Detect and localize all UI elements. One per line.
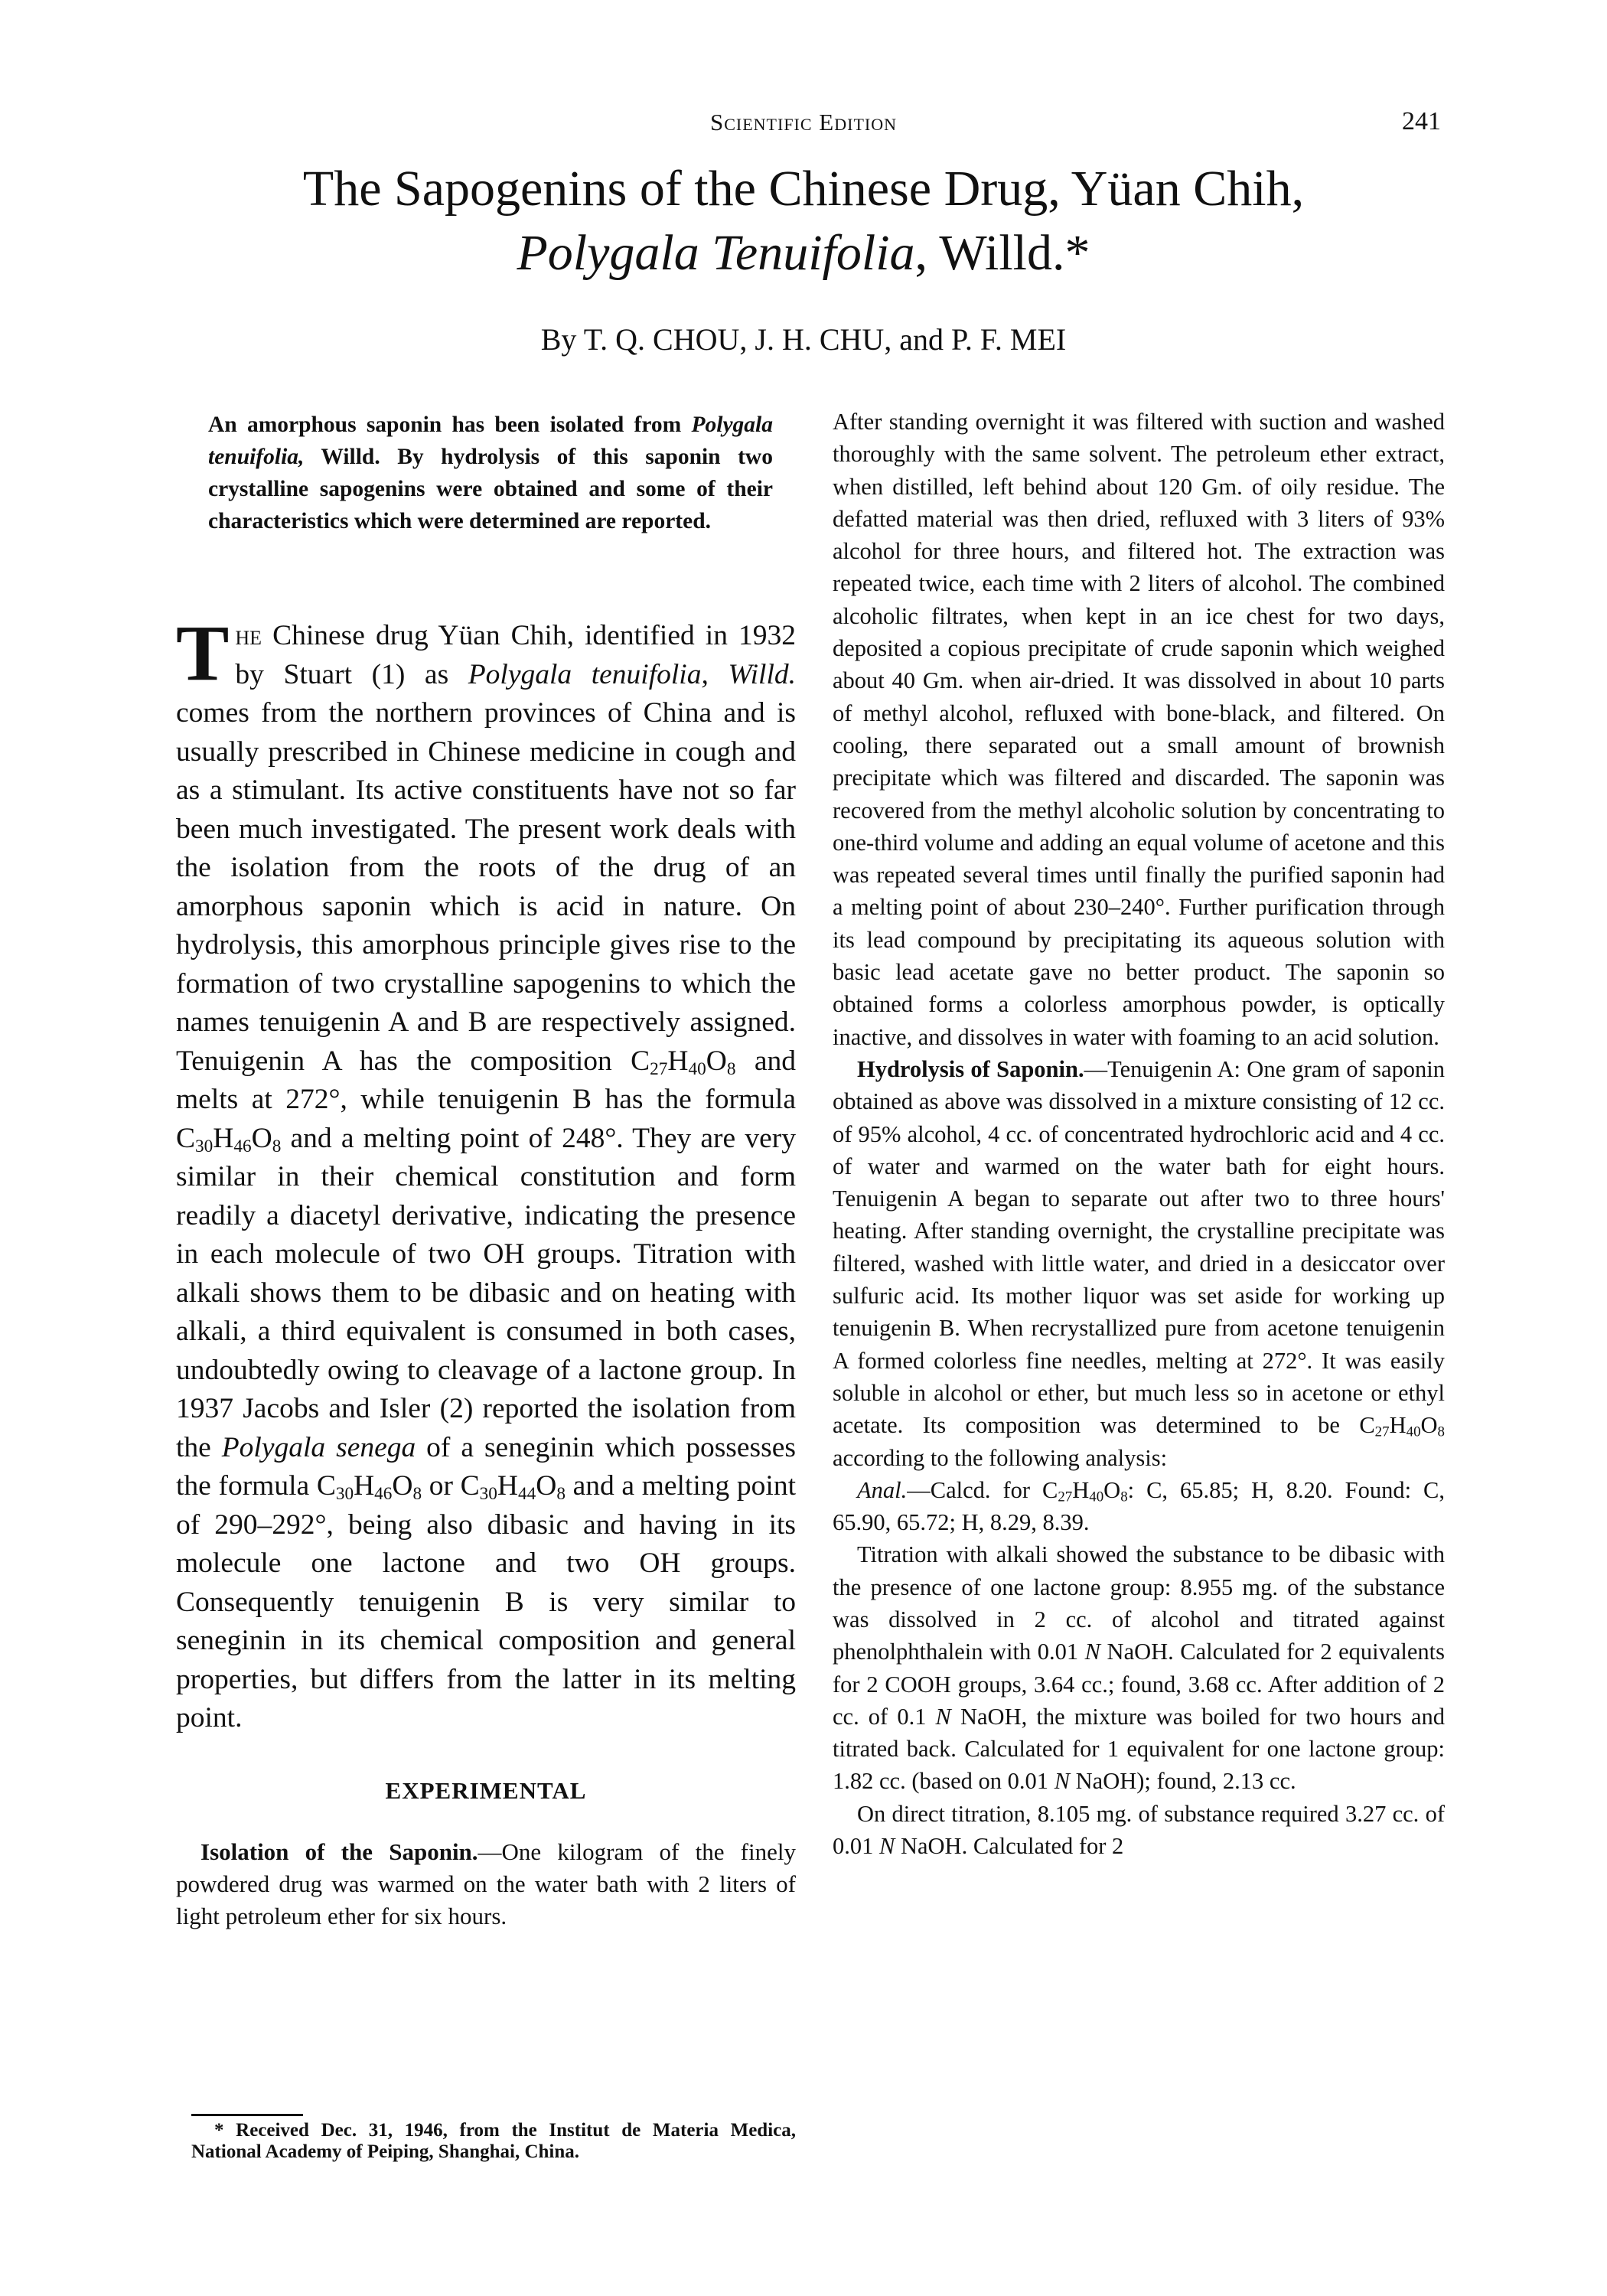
intro-text: and a melting point of 248°. They are ve… bbox=[176, 1123, 796, 1463]
hydrolysis-run-in-heading: Hydrolysis of Saponin. bbox=[857, 1056, 1084, 1082]
footnote: * Received Dec. 31, 1946, from the Insti… bbox=[191, 2120, 796, 2163]
formula-seneginin-2: C30H44O8 bbox=[461, 1470, 566, 1502]
isolation-paragraph: Isolation of the Saponin.—One kilogram o… bbox=[176, 1836, 796, 1932]
analysis-text: —Calcd. for bbox=[907, 1477, 1042, 1503]
abstract-text: An amorphous saponin has been isolated f… bbox=[208, 413, 691, 437]
authors: By T. Q. CHOU, J. H. CHU, and P. F. MEI bbox=[0, 321, 1607, 357]
formula-seneginin-1: C30H46O8 bbox=[317, 1470, 422, 1502]
intro-text: and a melting point of 290–292°, being a… bbox=[176, 1470, 796, 1733]
titration-paragraph: Titration with alkali showed the substan… bbox=[833, 1538, 1445, 1797]
isolation-continued-paragraph: After standing overnight it was filtered… bbox=[833, 406, 1445, 1053]
isolation-run-in-heading: Isolation of the Saponin. bbox=[200, 1838, 478, 1865]
intro-species: Polygala tenuifolia, Willd. bbox=[468, 659, 796, 690]
hydrolysis-paragraph: Hydrolysis of Saponin.—Tenuigenin A: One… bbox=[833, 1053, 1445, 1474]
article-title: The Sapogenins of the Chinese Drug, Yüan… bbox=[0, 157, 1607, 285]
formula-composition: C27H40O8 bbox=[1359, 1412, 1445, 1438]
analysis-label: Anal. bbox=[857, 1477, 907, 1503]
intro-paragraph: The Chinese drug Yüan Chih, identified i… bbox=[176, 617, 796, 1738]
intro-smallcaps: he bbox=[235, 620, 262, 651]
formula-tenuigenin-a: C27H40O8 bbox=[631, 1045, 735, 1077]
formula-analysis: C27H40O8 bbox=[1042, 1477, 1128, 1503]
intro-text: comes from the northern provinces of Chi… bbox=[176, 697, 796, 1077]
intro-species-senega: Polygala senega bbox=[222, 1432, 416, 1463]
title-line-2-rest: , Willd.* bbox=[915, 225, 1090, 281]
drop-cap: T bbox=[176, 621, 229, 686]
intro-text: or bbox=[422, 1470, 461, 1502]
abstract: An amorphous saponin has been isolated f… bbox=[208, 409, 773, 537]
left-column: The Chinese drug Yüan Chih, identified i… bbox=[176, 617, 796, 1932]
running-head: Scientific Edition bbox=[0, 109, 1607, 136]
hydrolysis-text: according to the following analysis: bbox=[833, 1445, 1167, 1471]
footnote-text: * Received Dec. 31, 1946, from the Insti… bbox=[191, 2120, 796, 2163]
hydrolysis-text: —Tenuigenin A: One gram of saponin obtai… bbox=[833, 1056, 1445, 1438]
title-line-1: The Sapogenins of the Chinese Drug, Yüan… bbox=[0, 157, 1607, 221]
right-column: After standing overnight it was filtered… bbox=[833, 406, 1445, 1862]
title-species-italic: Polygala Tenuifolia bbox=[517, 225, 914, 281]
title-line-2: Polygala Tenuifolia, Willd.* bbox=[0, 221, 1607, 285]
footnote-rule bbox=[191, 2114, 303, 2116]
formula-tenuigenin-b: C30H46O8 bbox=[176, 1123, 281, 1154]
direct-titration-paragraph: On direct titration, 8.105 mg. of substa… bbox=[833, 1798, 1445, 1863]
section-heading-experimental: EXPERIMENTAL bbox=[176, 1772, 796, 1811]
analysis-paragraph: Anal.—Calcd. for C27H40O8: C, 65.85; H, … bbox=[833, 1474, 1445, 1539]
page-number: 241 bbox=[1402, 107, 1441, 136]
